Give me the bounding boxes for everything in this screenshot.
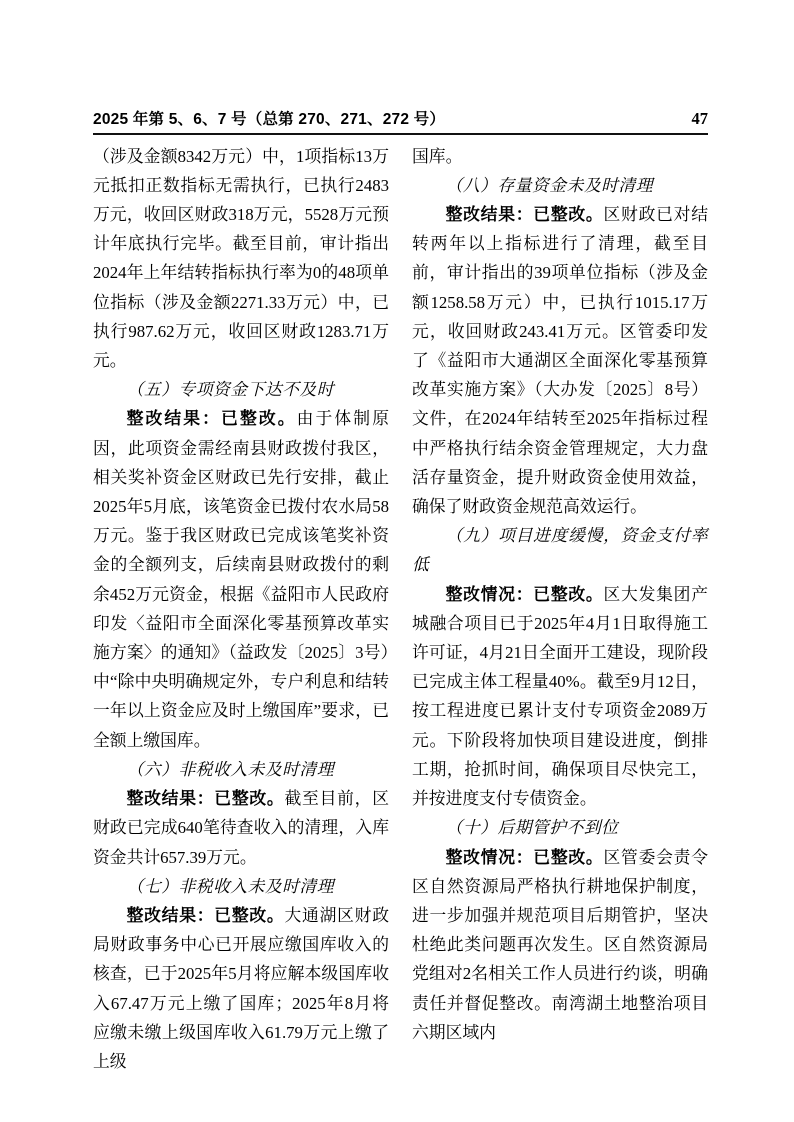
section-heading-8: （八）存量资金未及时清理 <box>412 171 708 200</box>
right-column: 国库。 （八）存量资金未及时清理 整改结果：已整改。区财政已对结转两年以上指标进… <box>412 142 708 1077</box>
result-lead-8: 整改结果：已整改。 <box>446 205 604 224</box>
result-text-5: 由于体制原因，此项资金需经南县财政拨付我区，相关奖补资金区财政已先行安排，截止2… <box>93 409 389 749</box>
result-text-8: 区财政已对结转两年以上指标进行了清理，截至目前，审计指出的39项单位指标（涉及金… <box>412 205 708 516</box>
section-heading-6: （六）非税收入未及时清理 <box>93 755 389 784</box>
result-text-10: 区管委会责令区自然资源局严格执行耕地保护制度，进一步加强并规范项目后期管护，坚决… <box>412 848 708 1042</box>
section-heading-5: （五）专项资金下达不及时 <box>93 375 389 404</box>
result-lead-7: 整改结果：已整改。 <box>127 906 285 925</box>
result-paragraph-9: 整改情况：已整改。区大发集团产城融合项目已于2025年4月1日取得施工许可证，4… <box>412 580 708 814</box>
result-paragraph-8: 整改结果：已整改。区财政已对结转两年以上指标进行了清理，截至目前，审计指出的39… <box>412 200 708 521</box>
result-paragraph-7: 整改结果：已整改。大通湖区财政局财政事务中心已开展应缴国库收入的核查，已于202… <box>93 901 389 1076</box>
result-lead-10: 整改情况：已整改。 <box>446 848 604 867</box>
paragraph-continuation-right: 国库。 <box>412 142 708 171</box>
result-paragraph-10: 整改情况：已整改。区管委会责令区自然资源局严格执行耕地保护制度，进一步加强并规范… <box>412 843 708 1047</box>
result-text-7: 大通湖区财政局财政事务中心已开展应缴国库收入的核查，已于2025年5月将应解本级… <box>93 906 389 1071</box>
text-columns: （涉及金额8342万元）中，1项指标13万元抵扣正数指标无需执行，已执行2483… <box>93 142 708 1077</box>
section-heading-9: （九）项目进度缓慢，资金支付率低 <box>412 521 708 579</box>
result-paragraph-6: 整改结果：已整改。截至目前，区财政已完成640笔待查收入的清理，入库资金共计65… <box>93 784 389 872</box>
section-heading-7: （七）非税收入未及时清理 <box>93 872 389 901</box>
page-content: 2025 年第 5、6、7 号（总第 270、271、272 号） 47 （涉及… <box>93 109 708 1076</box>
document-page: 2025 年第 5、6、7 号（总第 270、271、272 号） 47 （涉及… <box>0 0 794 1122</box>
issue-info: 2025 年第 5、6、7 号（总第 270、271、272 号） <box>93 110 445 129</box>
result-lead-9: 整改情况：已整改。 <box>446 585 604 604</box>
page-number: 47 <box>692 109 709 130</box>
section-heading-10: （十）后期管护不到位 <box>412 813 708 842</box>
result-text-9: 区大发集团产城融合项目已于2025年4月1日取得施工许可证，4月21日全面开工建… <box>412 585 708 808</box>
left-column: （涉及金额8342万元）中，1项指标13万元抵扣正数指标无需执行，已执行2483… <box>93 142 389 1077</box>
paragraph-continuation: （涉及金额8342万元）中，1项指标13万元抵扣正数指标无需执行，已执行2483… <box>93 142 389 376</box>
result-paragraph-5: 整改结果：已整改。由于体制原因，此项资金需经南县财政拨付我区，相关奖补资金区财政… <box>93 404 389 754</box>
page-header: 2025 年第 5、6、7 号（总第 270、271、272 号） 47 <box>93 109 708 135</box>
result-lead-5: 整改结果：已整改。 <box>127 409 297 428</box>
result-lead-6: 整改结果：已整改。 <box>127 789 285 808</box>
